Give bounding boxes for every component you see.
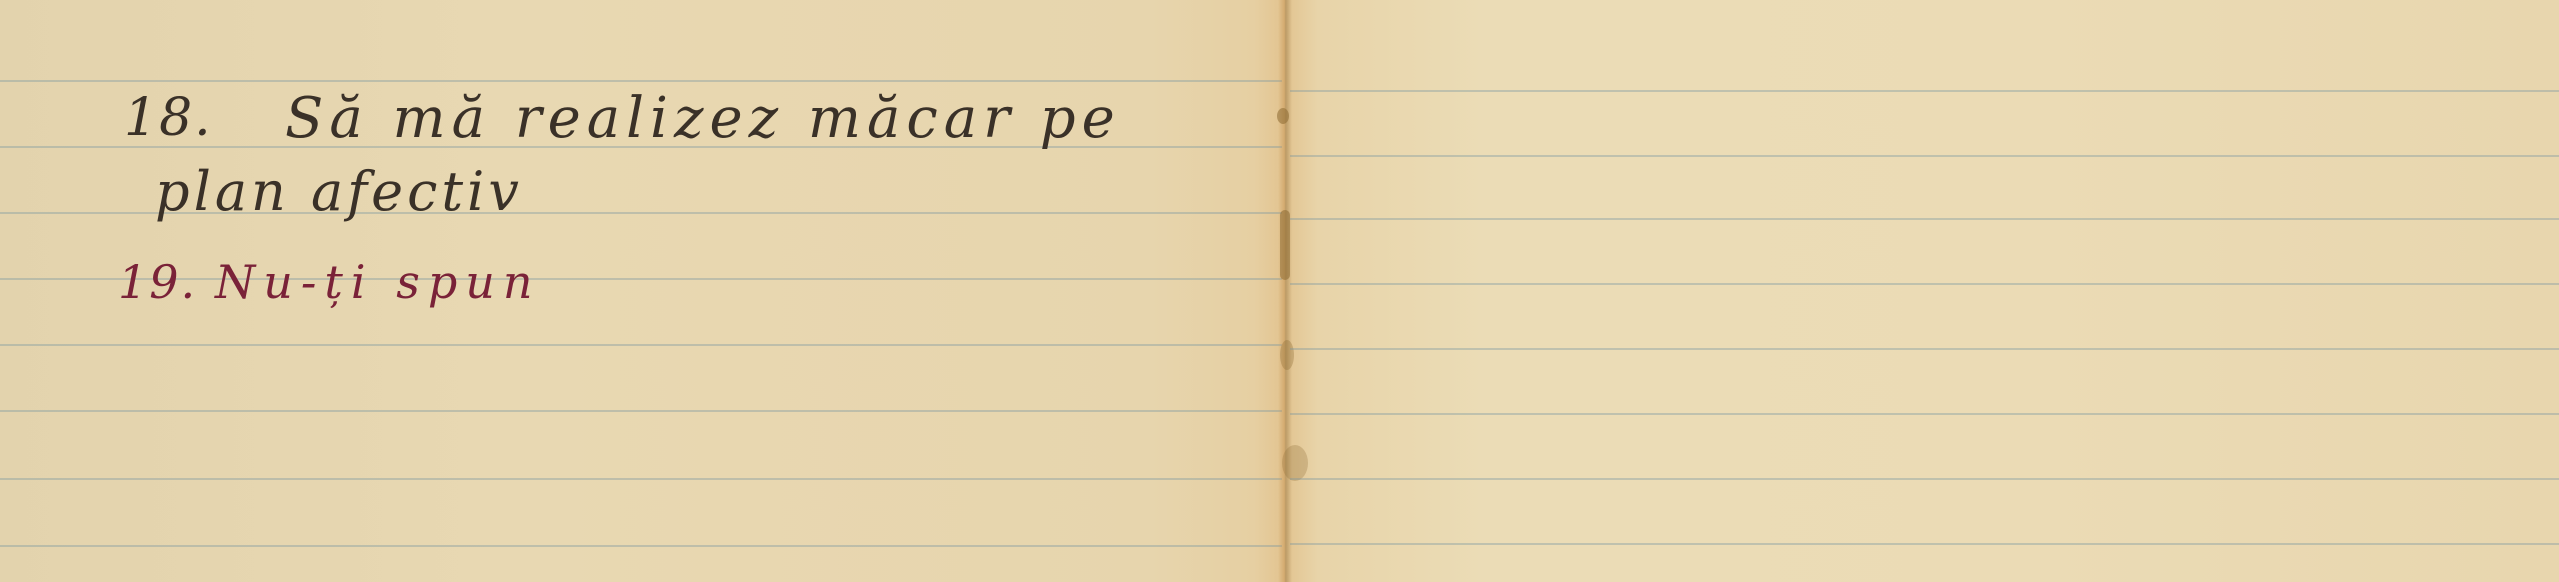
rule-line [0,545,1282,547]
rule-line [0,344,1282,346]
rule-line [1290,348,2559,350]
left-page: 18. Să mă realizez măcar pe plan afectiv… [0,0,1282,582]
fold-stain [1280,210,1290,280]
rule-line [1290,90,2559,92]
entry-18-line2: plan afectiv [155,160,523,223]
notebook-spread: 18. Să mă realizez măcar pe plan afectiv… [0,0,2559,582]
rule-line [0,80,1282,82]
rule-line [1290,543,2559,545]
entry-18-line1: Să mă realizez măcar pe [285,86,1121,151]
rule-line [1290,478,2559,480]
rule-line [1290,283,2559,285]
rule-line [1290,218,2559,220]
rule-line [1290,413,2559,415]
entry-18-number: 18. [124,88,213,148]
right-page [1290,0,2559,582]
rule-line [0,410,1282,412]
fold-stain [1277,108,1289,124]
rule-line [1290,155,2559,157]
entry-19-text: Nu-ți spun [215,255,541,309]
rule-line [0,478,1282,480]
entry-19-number: 19. [118,255,197,309]
